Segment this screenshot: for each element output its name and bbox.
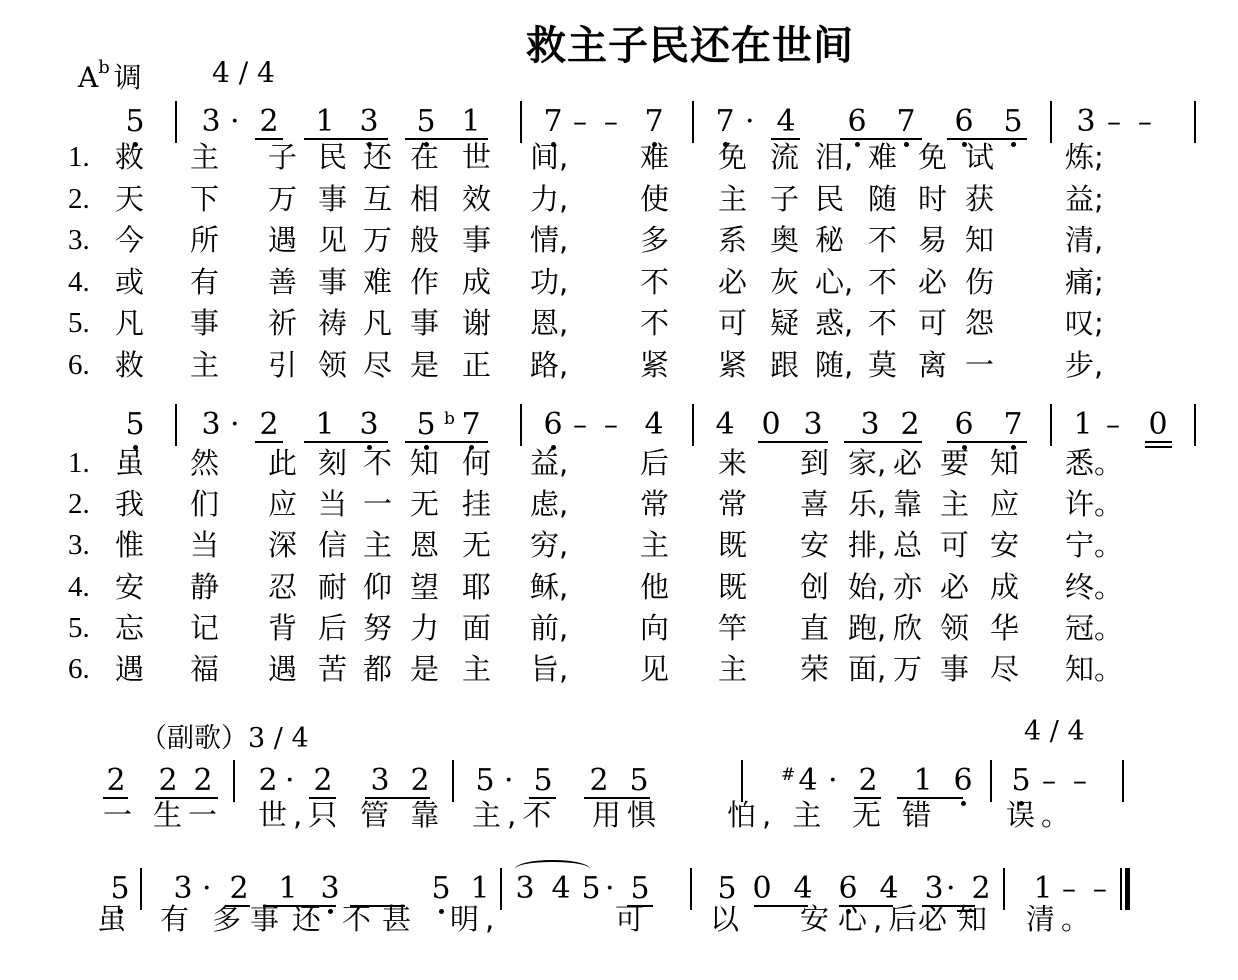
lyric-syllable: 难 [363,264,392,300]
lyric-syllable: 情, [530,222,568,258]
lyric-syllable: 忍 [268,569,297,605]
note: 6 [951,408,977,442]
note: 3 [356,105,382,139]
lyric-syllable: 事 [940,651,969,687]
lyric-syllable: 泪, [815,139,853,175]
octave-dot-below [855,142,860,147]
lyric-syllable: 心, [815,264,853,300]
slur-tie [515,860,590,878]
lyric-syllable: 竿 [718,610,747,646]
barline [1050,404,1052,446]
barline [690,868,692,910]
lyric-syllable: 紧 [718,347,747,383]
note: 4 [712,408,738,442]
lyric-syllable: 他 [640,569,669,605]
note: 1 [312,105,338,139]
lyric-syllable: 欣 [893,610,922,646]
lyric-syllable: 子 [770,181,799,217]
flat-sign: b [98,57,110,78]
lyric-syllable: 救 [115,347,144,383]
lyric-syllable: 主 [640,527,669,563]
note: 2 [586,764,612,798]
lyric-syllable: 创 [800,569,829,605]
lyric-syllable: 必 [918,901,953,937]
lyric-syllable: 旨, [530,651,568,687]
augmentation-dot: · [230,105,240,139]
beam-underline [255,441,283,443]
augmentation-dot: · [202,872,212,906]
note: 3 [857,408,883,442]
lyric-syllable: 所 [190,222,219,258]
lyric-syllable: 事 [250,901,285,937]
lyric-syllable: 必 [718,264,747,300]
lyric-syllable: 冠。 [1065,610,1123,646]
note: 3 [198,105,224,139]
lyric-syllable: 既 [718,569,747,605]
note: 1 [1070,408,1096,442]
lyric-syllable: 免 [718,139,747,175]
note: 7 [641,105,667,139]
lyric-syllable: 终。 [1065,569,1123,605]
beam-underline [405,441,488,443]
lyric-syllable: 我 [115,486,144,522]
lyric-syllable: 救 [115,139,144,175]
lyric-syllable: 知。 [1065,651,1123,687]
lyric-syllable: 常 [718,486,747,522]
lyric-syllable: 离 [918,347,947,383]
octave-dot-below [439,909,444,914]
chorus-label: （副歌）3 / 4 [140,716,309,755]
note: 0 [758,408,784,442]
lyric-syllable: 恩, [530,305,568,341]
lyric-syllable: 系 [718,222,747,258]
chorus-time-change: 4 / 4 [1024,716,1085,747]
lyric-syllable: 喜 [800,486,829,522]
lyric-syllable: 明, [450,901,500,937]
verse-number: 2. [68,181,90,217]
augmentation-dot: · [828,764,838,798]
lyric-syllable: 是 [410,347,439,383]
lyric-syllable: 必 [940,569,969,605]
note: 2 [897,408,923,442]
lyric-syllable: 生一 [153,797,223,833]
lyric-syllable: 安 [800,901,835,937]
lyric-syllable: 谢 [462,305,491,341]
note: 7 [1000,408,1026,442]
lyric-syllable: 炼; [1065,139,1104,175]
verse-number: 3. [68,527,90,563]
lyric-syllable: 知 [958,901,993,937]
note: 3 [198,408,224,442]
lyric-syllable: 世,只 [258,797,343,833]
lyric-syllable: 刻 [318,445,347,481]
lyric-syllable: 用惧 [592,797,662,833]
lyric-syllable: 要 [940,445,969,481]
beam-underline [304,441,388,443]
augmentation-dot: · [504,764,514,798]
lyric-syllable: 知 [410,445,439,481]
lyric-syllable: 步, [1065,347,1103,383]
lyric-syllable: 跟 [770,347,799,383]
lyric-syllable: 还 [292,901,327,937]
verse-number: 1. [68,445,90,481]
lyric-syllable: 相 [410,181,439,217]
lyric-syllable: 来 [718,445,747,481]
lyric-syllable: 不 [640,264,669,300]
note: 6 [950,764,976,798]
verse-number: 5. [68,305,90,341]
augmentation-dot: · [285,764,295,798]
barline [452,760,454,802]
lyric-syllable: 必 [918,264,947,300]
lyric-syllable: 怨 [965,305,994,341]
lyric-syllable: 忘 [115,610,144,646]
lyric-syllable: 耶 [462,569,491,605]
lyric-syllable: 祈 [268,305,297,341]
barline [1122,760,1124,802]
lyric-syllable: 间, [530,139,568,175]
lyric-syllable: 奥 [770,222,799,258]
lyric-syllable: 试 [965,139,994,175]
lyric-syllable: 既 [718,527,747,563]
lyric-syllable: 无 [462,527,491,563]
verse-number: 1. [68,139,90,175]
lyric-syllable: 到 [800,445,829,481]
note: 0 [749,872,775,906]
lyric-syllable: 努 [363,610,392,646]
lyric-syllable: 随 [868,181,897,217]
lyric-syllable: 心,后 [838,901,923,937]
lyric-syllable: 免 [918,139,947,175]
note: 2 [310,764,336,798]
lyric-syllable: 领 [940,610,969,646]
lyric-syllable: 此 [268,445,297,481]
lyric-syllable: 苦 [318,651,347,687]
lyric-syllable: 知 [990,445,1019,481]
note: 5 [122,105,148,139]
verse-number: 5. [68,610,90,646]
lyric-syllable: 莫 [868,347,897,383]
lyric-syllable: 流 [770,139,799,175]
note: 7 [540,105,566,139]
lyric-syllable: 不 [868,264,897,300]
barline [175,404,177,446]
lyric-syllable: 惑, [815,305,853,341]
octave-dot-below [328,909,333,914]
note: 1 [458,105,484,139]
lyric-syllable: 随, [815,347,853,383]
sustain-dash: – – [573,408,622,442]
lyric-syllable: 易 [918,222,947,258]
lyric-syllable: 事 [462,222,491,258]
lyric-syllable: 直 [800,610,829,646]
lyric-syllable: 一 [965,347,994,383]
octave-dot-below [1011,142,1016,147]
final-barline [1125,868,1130,910]
sustain-dash: – – [1107,105,1156,139]
barline [692,404,694,446]
lyric-syllable: 不 [342,901,377,937]
verse-number: 3. [68,222,90,258]
note: 5 [472,764,498,798]
lyric-syllable: 主 [940,486,969,522]
lyric-syllable: 事 [410,305,439,341]
note: 6 [844,105,870,139]
note: 3 [800,408,826,442]
key-letter: A [78,61,98,94]
lyric-syllable: 紧 [640,347,669,383]
lyric-syllable: 清。 [1026,901,1096,937]
lyric-syllable: 世 [462,139,491,175]
lyric-syllable: 成 [990,569,1019,605]
lyric-syllable: 益, [530,445,568,481]
lyric-syllable: 知 [965,222,994,258]
lyric-syllable: 总 [893,527,922,563]
lyric-syllable: 秘 [815,222,844,258]
note: 5 [413,105,439,139]
time-signature: 4 / 4 [212,56,275,89]
note: 3 [1073,105,1099,139]
lyric-syllable: 可 [615,901,650,937]
lyric-syllable: 凡 [115,305,144,341]
note: 6 [540,408,566,442]
note: 2 [155,764,181,798]
lyric-syllable: 万 [363,222,392,258]
beam-underline [758,441,828,443]
augmentation-dot: · [230,408,240,442]
lyric-syllable: 虽 [97,901,132,937]
lyric-syllable: 不 [640,305,669,341]
lyric-syllable: 许。 [1065,486,1123,522]
lyric-syllable: 深 [268,527,297,563]
lyric-syllable: 事 [318,264,347,300]
lyric-syllable: 叹; [1065,305,1104,341]
flat-sign: b [444,402,455,436]
lyric-syllable: 般 [410,222,439,258]
note: 5 [122,408,148,442]
lyric-syllable: 引 [268,347,297,383]
lyric-syllable: 安 [800,527,829,563]
lyric-syllable: 主 [363,527,392,563]
lyric-syllable: 靠 [893,486,922,522]
note: 1 [312,408,338,442]
lyric-syllable: 不 [363,445,392,481]
lyric-syllable: 华 [990,610,1019,646]
lyric-syllable: 甚 [382,901,417,937]
note: 1 [910,764,936,798]
lyric-syllable: 力 [410,610,439,646]
lyric-syllable: 见 [318,222,347,258]
lyric-syllable: 乐, [848,486,886,522]
lyric-syllable: 应 [990,486,1019,522]
lyric-syllable: 使 [640,181,669,217]
lyric-syllable: 必 [893,445,922,481]
lyric-syllable: 仰 [363,569,392,605]
lyric-syllable: 万 [268,181,297,217]
lyric-syllable: 祷 [318,305,347,341]
lyric-syllable: 都 [363,651,392,687]
lyric-syllable: 正 [462,347,491,383]
sharp-sign: # [781,758,795,792]
lyric-syllable: 主 [718,651,747,687]
lyric-syllable: 后 [640,445,669,481]
lyric-syllable: 虑, [530,486,568,522]
sustain-dash: – – [573,105,622,139]
lyric-syllable: 尽 [363,347,392,383]
song-title: 救主子民还在世间 [526,14,854,71]
note: 2 [190,764,216,798]
barline [175,101,177,143]
lyric-syllable: 有 [160,901,195,937]
lyric-syllable: 清, [1065,222,1103,258]
lyric-syllable: 宁。 [1065,527,1123,563]
lyric-syllable: 效 [462,181,491,217]
augmentation-dot: · [745,105,755,139]
lyric-syllable: 凡 [363,305,392,341]
lyric-syllable: 遇 [268,651,297,687]
sustain-dash: – – [1042,764,1091,798]
lyric-syllable: 主 [190,347,219,383]
lyric-syllable: 常 [640,486,669,522]
lyric-syllable: 益; [1065,181,1104,217]
note: 0 [1145,408,1171,442]
lyric-syllable: 多 [212,901,247,937]
augmentation-dot: · [605,872,615,906]
barline [1050,101,1052,143]
verse-number: 4. [68,569,90,605]
lyric-syllable: 静 [190,569,219,605]
lyric-syllable: 有 [190,264,219,300]
verse-number: 4. [68,264,90,300]
lyric-syllable: 遇 [115,651,144,687]
lyric-syllable: 始, [848,569,886,605]
lyric-syllable: 时 [918,181,947,217]
note: 5 [530,764,556,798]
lyric-syllable: 福 [190,651,219,687]
lyric-syllable: 作 [410,264,439,300]
lyric-syllable: 安 [990,527,1019,563]
lyric-syllable: 在 [410,139,439,175]
note: 2 [256,408,282,442]
lyric-syllable: 前, [530,610,568,646]
note: 7b [458,408,484,442]
barline [520,101,522,143]
lyric-syllable: 主 [718,181,747,217]
lyric-syllable: 误。 [1006,797,1076,833]
lyric-syllable: 主 [190,139,219,175]
lyric-syllable: 民 [815,181,844,217]
barline [520,404,522,446]
beam-underline [1145,441,1172,443]
lyric-syllable: 面 [462,610,491,646]
lyric-syllable: 向 [640,610,669,646]
barline [1003,868,1005,910]
beam-underline [844,441,922,443]
lyric-syllable: 善 [268,264,297,300]
verse-number: 6. [68,651,90,687]
lyric-syllable: 万 [893,651,922,687]
lyric-syllable: 家, [848,445,886,481]
lyric-syllable: 悉。 [1065,445,1123,481]
key-signature: Ab调 [78,56,142,96]
lyric-syllable: 今 [115,222,144,258]
lyric-syllable: 一 [363,486,392,522]
lyric-syllable: 然 [190,445,219,481]
lyric-syllable: 信 [318,527,347,563]
lyric-syllable: 或 [115,264,144,300]
lyric-syllable: 获 [965,181,994,217]
note: 2 [407,764,433,798]
note: 4 [773,105,799,139]
barline [500,868,502,910]
key-suffix: 调 [114,61,142,94]
lyric-syllable: 子 [268,139,297,175]
barline [692,101,694,143]
barline [990,760,992,802]
lyric-syllable: 穷, [530,527,568,563]
note: 5 [1000,105,1026,139]
beam-underline [947,441,1027,443]
lyric-syllable: 主,不 [472,797,557,833]
lyric-syllable: 不 [868,222,897,258]
lyric-syllable: 是 [410,651,439,687]
lyric-syllable: 恩 [410,527,439,563]
note: 6 [951,105,977,139]
lyric-syllable: 可 [940,527,969,563]
lyric-syllable: 管 靠 [360,797,445,833]
lyric-syllable: 惟 [115,527,144,563]
lyric-syllable: 虽 [115,445,144,481]
note: 3 [356,408,382,442]
lyric-syllable: 伤 [965,264,994,300]
octave-dot-below [961,801,966,806]
lyric-syllable: 多 [640,222,669,258]
note: 3 [367,764,393,798]
lyric-syllable: 疑 [770,305,799,341]
verse-number: 2. [68,486,90,522]
lyric-syllable: 一 [103,797,138,833]
lyric-syllable: 面, [848,651,886,687]
lyric-syllable: 痛; [1065,264,1104,300]
beam-double-underline [1145,446,1172,448]
barline [1120,868,1122,910]
lyric-syllable: 功, [530,264,568,300]
lyric-syllable: 无 错 [852,797,937,833]
verse-number: 6. [68,347,90,383]
note: 2 [255,764,281,798]
note: 7 [712,105,738,139]
lyric-syllable: 难 [640,139,669,175]
lyric-syllable: 亦 [893,569,922,605]
lyric-syllable: 稣, [530,569,568,605]
lyric-syllable: 应 [268,486,297,522]
sustain-dash: – [1106,408,1124,442]
note: 2 [855,764,881,798]
lyric-syllable: 荣 [800,651,829,687]
lyric-syllable: 何 [462,445,491,481]
lyric-syllable: 望 [410,569,439,605]
lyric-syllable: 遇 [268,222,297,258]
lyric-syllable: 可 [718,305,747,341]
lyric-syllable: 尽 [990,651,1019,687]
note: 2 [103,764,129,798]
note: 4 [641,408,667,442]
lyric-syllable: 还 [363,139,392,175]
lyric-syllable: 民 [318,139,347,175]
lyric-syllable: 成 [462,264,491,300]
lyric-syllable: 见 [640,651,669,687]
lyric-syllable: 当 [190,527,219,563]
